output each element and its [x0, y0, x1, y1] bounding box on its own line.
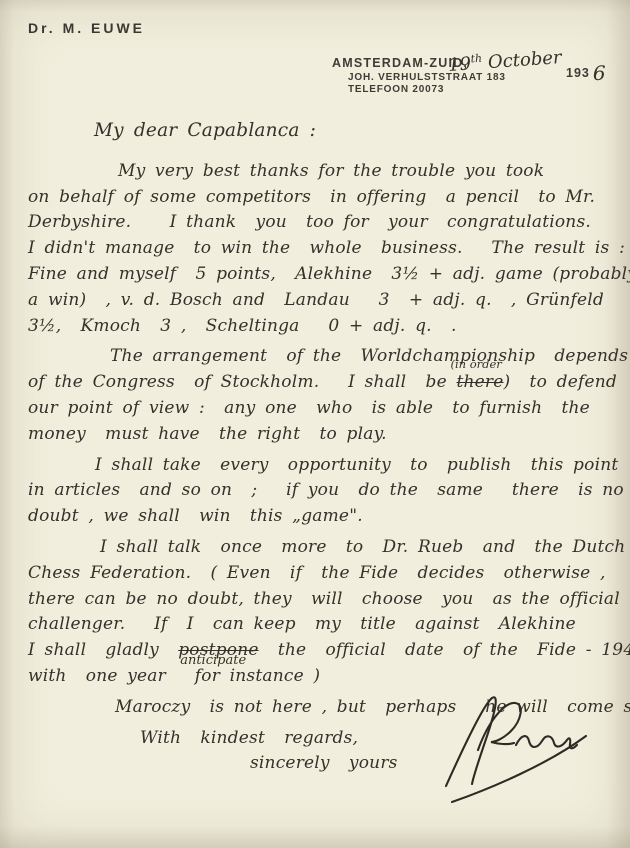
letterhead-sender: Dr. M. EUWE — [28, 20, 145, 36]
letter-line: The arrangement of the Worldchampionship… — [110, 344, 606, 370]
handwritten-date: 19th October — [447, 46, 562, 76]
line-segment: I shall gladly — [28, 640, 178, 660]
signature-stroke — [446, 697, 496, 786]
signature-stroke — [516, 736, 577, 748]
letter-body: My dear Capablanca : My very best thanks… — [28, 118, 606, 777]
paragraph-results: My very best thanks for the trouble you … — [28, 159, 606, 340]
line-segment: ) to defend — [504, 372, 617, 392]
corrected-word: there(in order — [456, 372, 503, 392]
paragraph-championship: The arrangement of the Worldchampionship… — [28, 344, 606, 447]
letter-line: with one year for instance ) — [28, 664, 606, 690]
letter-line: there can be no doubt, they will choose … — [28, 587, 606, 613]
paragraph-publish: I shall take every opportunity to publis… — [28, 453, 606, 530]
signature-stroke — [452, 736, 586, 802]
line-segment: the official date of the Fide - 1940 — — [259, 640, 630, 660]
paragraph-federation: I shall talk once more to Dr. Rueb and t… — [28, 535, 606, 690]
letter-page: Dr. M. EUWE AMSTERDAM-ZUID, JOH. VERHULS… — [0, 0, 630, 848]
corrected-word: postponeanticipate — [178, 640, 258, 660]
letter-line-with-insertion: of the Congress of Stockholm. I shall be… — [28, 370, 606, 396]
letter-line: 3½, Kmoch 3 , Scheltinga 0 + adj. q. . — [28, 314, 606, 340]
letter-line: a win) , v. d. Bosch and Landau 3 + adj.… — [28, 288, 606, 314]
year-field: 1936 — [566, 61, 607, 85]
letter-line: I shall talk once more to Dr. Rueb and t… — [100, 535, 606, 561]
letter-line: money must have the right to play. — [28, 422, 606, 448]
year-handwritten: 6 — [593, 61, 607, 85]
letter-line: Chess Federation. ( Even if the Fide dec… — [28, 561, 606, 587]
insertion-note: (in order — [450, 359, 501, 370]
correction-note: anticipate — [180, 655, 246, 667]
letterhead-street: JOH. VERHULSTSTRAAT 183 — [348, 72, 506, 83]
letterhead-phone: TELEFOON 20073 — [348, 84, 506, 95]
letter-line: My very best thanks for the trouble you … — [118, 159, 606, 185]
signature-euwe — [428, 688, 608, 818]
letter-line: doubt , we shall win this „game". — [28, 504, 606, 530]
letter-line: I didn't manage to win the whole busines… — [28, 236, 606, 262]
letter-line: Fine and myself 5 points, Alekhine 3½ + … — [28, 262, 606, 288]
letter-line-with-correction: I shall gladly postponeanticipate the of… — [28, 638, 606, 664]
letter-line: Derbyshire. I thank you too for your con… — [28, 210, 606, 236]
letter-line: on behalf of some competitors in offerin… — [28, 185, 606, 211]
letter-line: I shall take every opportunity to publis… — [95, 453, 606, 479]
date-month: October — [482, 47, 563, 73]
letter-line: in articles and so on ; if you do the sa… — [28, 478, 606, 504]
date-day: 19 — [447, 53, 471, 76]
year-printed: 193 — [566, 66, 590, 80]
line-segment: of the Congress of Stockholm. I shall be — [28, 372, 456, 392]
struck-word: there — [456, 372, 503, 392]
salutation: My dear Capablanca : — [94, 118, 606, 144]
letter-line: our point of view : any one who is able … — [28, 396, 606, 422]
letter-line: challenger. If I can keep my title again… — [28, 612, 606, 638]
